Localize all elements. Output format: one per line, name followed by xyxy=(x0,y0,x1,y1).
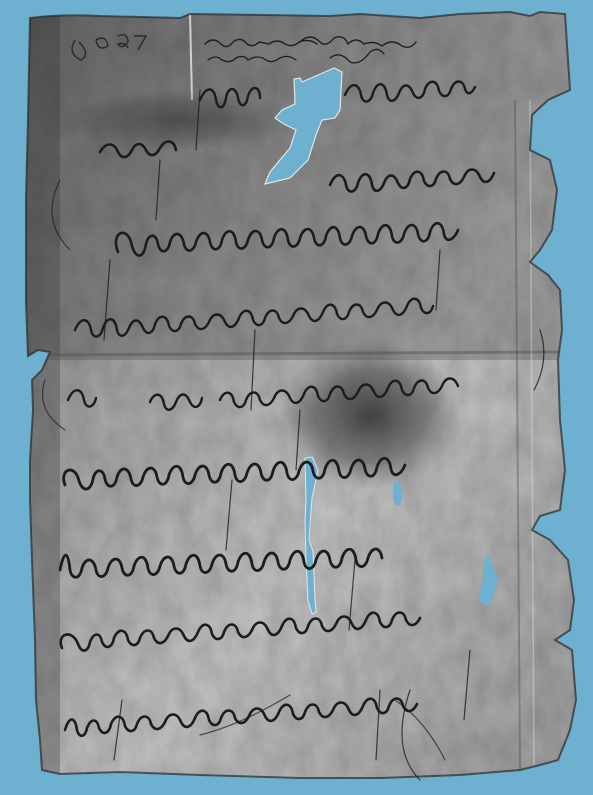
manuscript-photo: Dure ... Carta ... de ... 95 xyxy=(0,0,593,795)
parchment-leaf xyxy=(0,0,593,795)
